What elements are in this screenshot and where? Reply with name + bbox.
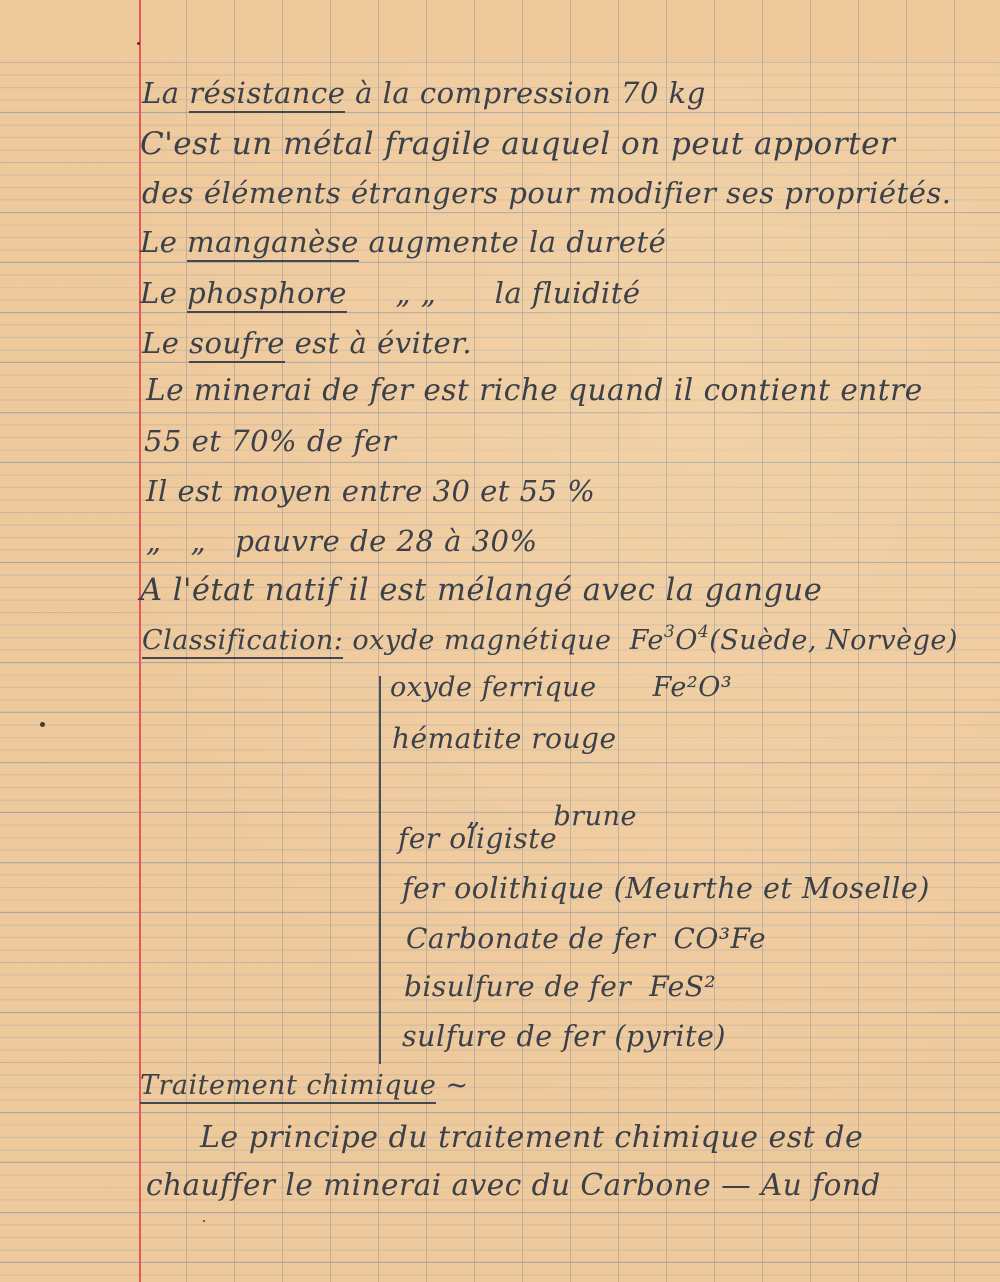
note-line-11: A l'état natif il est mélangé avec la ga…	[140, 573, 822, 608]
mineral-name: Carbonate de fer	[406, 922, 655, 955]
section-heading-row: Traitement chimique ~	[140, 1070, 469, 1101]
note-line-6: Le soufre est à éviter.	[142, 326, 472, 360]
mineral-row: oxyde ferriqueFe²O³	[390, 672, 732, 703]
ink-speck	[137, 42, 140, 45]
mineral-name: oxyde ferrique	[390, 672, 597, 703]
mineral-name: sulfure de fer (pyrite)	[402, 1020, 726, 1053]
mineral-name: oxyde magnétique	[352, 625, 611, 656]
note-line-9: Il est moyen entre 30 et 55 %	[146, 474, 595, 508]
mineral-name: fer oolithique (Meurthe et Moselle)	[402, 872, 930, 905]
mineral-row: Carbonate de ferCO³Fe	[406, 922, 766, 955]
underlined-term: soufre	[189, 326, 285, 363]
paragraph-line-2: chauffer le minerai avec du Carbone — Au…	[146, 1168, 881, 1202]
ink-speck	[40, 722, 45, 727]
mineral-formula: Fe3O4	[621, 625, 710, 656]
note-line-4: Le manganèse augmente la dureté	[140, 225, 666, 259]
classification-heading-row: Classification: oxyde magnétique Fe3O4(S…	[142, 622, 958, 656]
section-heading: Traitement chimique	[140, 1070, 436, 1104]
text: augmente la dureté	[359, 225, 667, 259]
paragraph-line-1: Le principe du traitement chimique est d…	[200, 1120, 863, 1155]
text: Le	[140, 276, 187, 310]
text: Le	[142, 326, 189, 360]
note-line-10: „ „ pauvre de 28 à 30%	[146, 524, 538, 558]
mineral-formula: Fe²O³	[653, 672, 733, 703]
note-line-7: Le minerai de fer est riche quand il con…	[146, 373, 923, 407]
mineral-name: fer oligiste	[398, 822, 557, 855]
classification-first-item: oxyde magnétique Fe3O4(Suède, Norvège)	[352, 625, 957, 656]
note-line-5: Le phosphore „ „ la fluidité	[140, 276, 641, 310]
text: à la compression 70 kg	[345, 76, 705, 110]
underlined-term: résistance	[189, 76, 345, 113]
mineral-row: bisulfure de ferFeS²	[404, 970, 716, 1003]
mineral-name: hématite rouge	[392, 722, 617, 755]
classification-bracket	[379, 676, 381, 1064]
mineral-formula: FeS²	[649, 970, 716, 1003]
text: est à éviter.	[285, 326, 472, 360]
note-line-3: des éléments étrangers pour modifier ses…	[142, 176, 952, 210]
mineral-row: fer oolithique (Meurthe et Moselle)	[402, 872, 930, 905]
mineral-row: fer oligiste	[398, 822, 557, 855]
ink-speck	[203, 1220, 205, 1222]
note-line-1: La résistance à la compression 70 kg	[142, 76, 706, 110]
mineral-name: bisulfure de fer	[404, 970, 631, 1003]
underlined-term: manganèse	[187, 225, 359, 262]
underlined-term: phosphore	[187, 276, 347, 313]
mineral-formula: CO³Fe	[673, 922, 766, 955]
text: Le	[140, 225, 187, 259]
mineral-location: (Suède, Norvège)	[709, 625, 958, 656]
note-line-2: C'est un métal fragile auquel on peut ap…	[140, 126, 895, 162]
mineral-row: hématite rouge	[392, 722, 617, 755]
text: La	[142, 76, 189, 110]
classification-heading: Classification:	[142, 625, 343, 659]
note-line-8: 55 et 70% de fer	[144, 424, 397, 458]
mineral-row: sulfure de fer (pyrite)	[402, 1020, 726, 1053]
text: „ „ la fluidité	[347, 276, 641, 310]
heading-tilde: ~	[436, 1070, 468, 1101]
